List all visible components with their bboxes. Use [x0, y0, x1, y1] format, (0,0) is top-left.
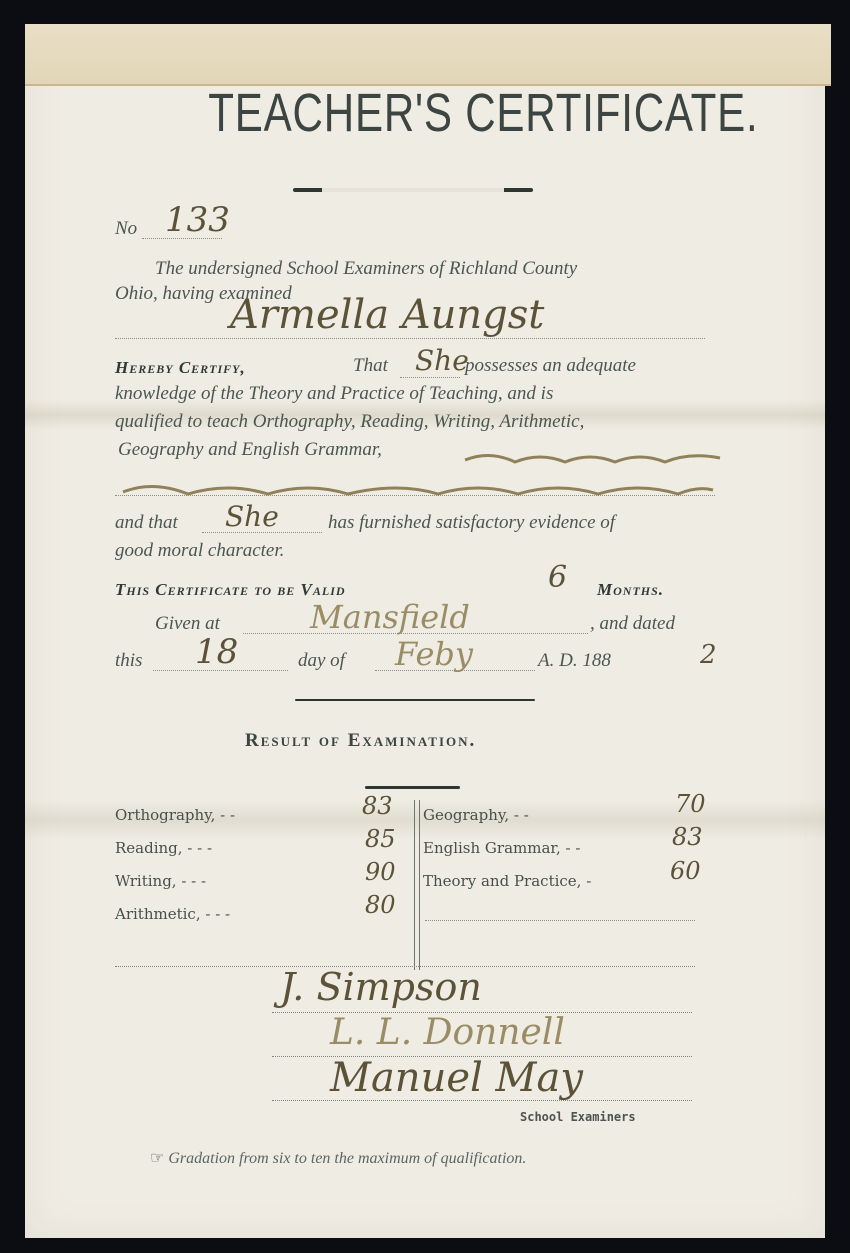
score-writing: 90 [365, 858, 396, 886]
year-value: 2 [700, 640, 717, 670]
title-divider [293, 188, 533, 192]
dated-label: , and dated [590, 613, 675, 635]
certify-line-3: qualified to teach Orthography, Reading,… [115, 411, 584, 433]
handwritten-wave-filler [460, 448, 730, 472]
day-of-label: day of [298, 650, 345, 672]
score-geography: 70 [675, 790, 706, 818]
validity-suffix: Months. [597, 580, 664, 600]
month-value: Feby [395, 635, 473, 673]
school-examiners-label: School Examiners [520, 1110, 636, 1124]
score-label-orthography: Orthography, - - [115, 806, 235, 824]
score-theory-practice: 60 [670, 857, 701, 885]
score-reading: 85 [365, 825, 396, 853]
certificate-number: 133 [165, 200, 230, 240]
date-divider [295, 699, 535, 701]
folded-top-flap [25, 24, 831, 86]
pronoun-line [400, 377, 460, 378]
certificate-title: TEACHER'S CERTIFICATE. [208, 82, 621, 144]
this-label: this [115, 650, 142, 672]
validity-months: 6 [548, 560, 567, 595]
year-label: A. D. 188 [538, 650, 611, 672]
blank-score-line [425, 920, 695, 921]
signature-2: L. L. Donnell [330, 1012, 565, 1053]
scores-column-divider [414, 800, 420, 970]
intro-line-1: The undersigned School Examiners of Rich… [155, 258, 577, 280]
results-ornament [365, 786, 460, 789]
validity-prefix: This Certificate to be Valid [115, 580, 346, 600]
certify-rest: possesses an adequate [465, 355, 636, 377]
score-label-geography: Geography, - - [423, 806, 529, 824]
score-label-theory-practice: Theory and Practice, - [423, 872, 591, 890]
name-line [115, 338, 705, 339]
pronoun-2: She [225, 500, 279, 533]
footnote: ☞ Gradation from six to ten the maximum … [150, 1148, 526, 1168]
score-orthography: 83 [362, 792, 393, 820]
moral-line-2: good moral character. [115, 540, 284, 562]
pronoun-1: She [415, 344, 469, 377]
number-label: No [115, 218, 137, 240]
signature-3: Manuel May [330, 1055, 583, 1101]
score-label-reading: Reading, - - - [115, 839, 212, 857]
certify-line-4: Geography and English Grammar, [118, 439, 382, 461]
score-label-english-grammar: English Grammar, - - [423, 839, 580, 857]
pointing-hand-icon: ☞ [150, 1150, 164, 1167]
moral-rest: has furnished satisfactory evidence of [328, 512, 615, 534]
signature-1: J. Simpson [280, 965, 482, 1009]
results-title: Result of Examination. [245, 730, 476, 752]
score-label-writing: Writing, - - - [115, 872, 206, 890]
examinee-name: Armella Aungst [230, 292, 544, 338]
given-at-place: Mansfield [310, 598, 470, 636]
score-label-arithmetic: Arithmetic, - - - [115, 905, 230, 923]
score-arithmetic: 80 [365, 891, 396, 919]
certify-heading: Hereby Certify, [115, 358, 246, 378]
footnote-text: Gradation from six to ten the maximum of… [168, 1150, 526, 1167]
moral-prefix: and that [115, 512, 178, 534]
certify-line-2: knowledge of the Theory and Practice of … [115, 383, 553, 405]
score-english-grammar: 83 [672, 823, 703, 851]
day-value: 18 [195, 632, 238, 672]
certify-that: That [353, 355, 388, 377]
handwritten-wave-filler [118, 478, 718, 502]
